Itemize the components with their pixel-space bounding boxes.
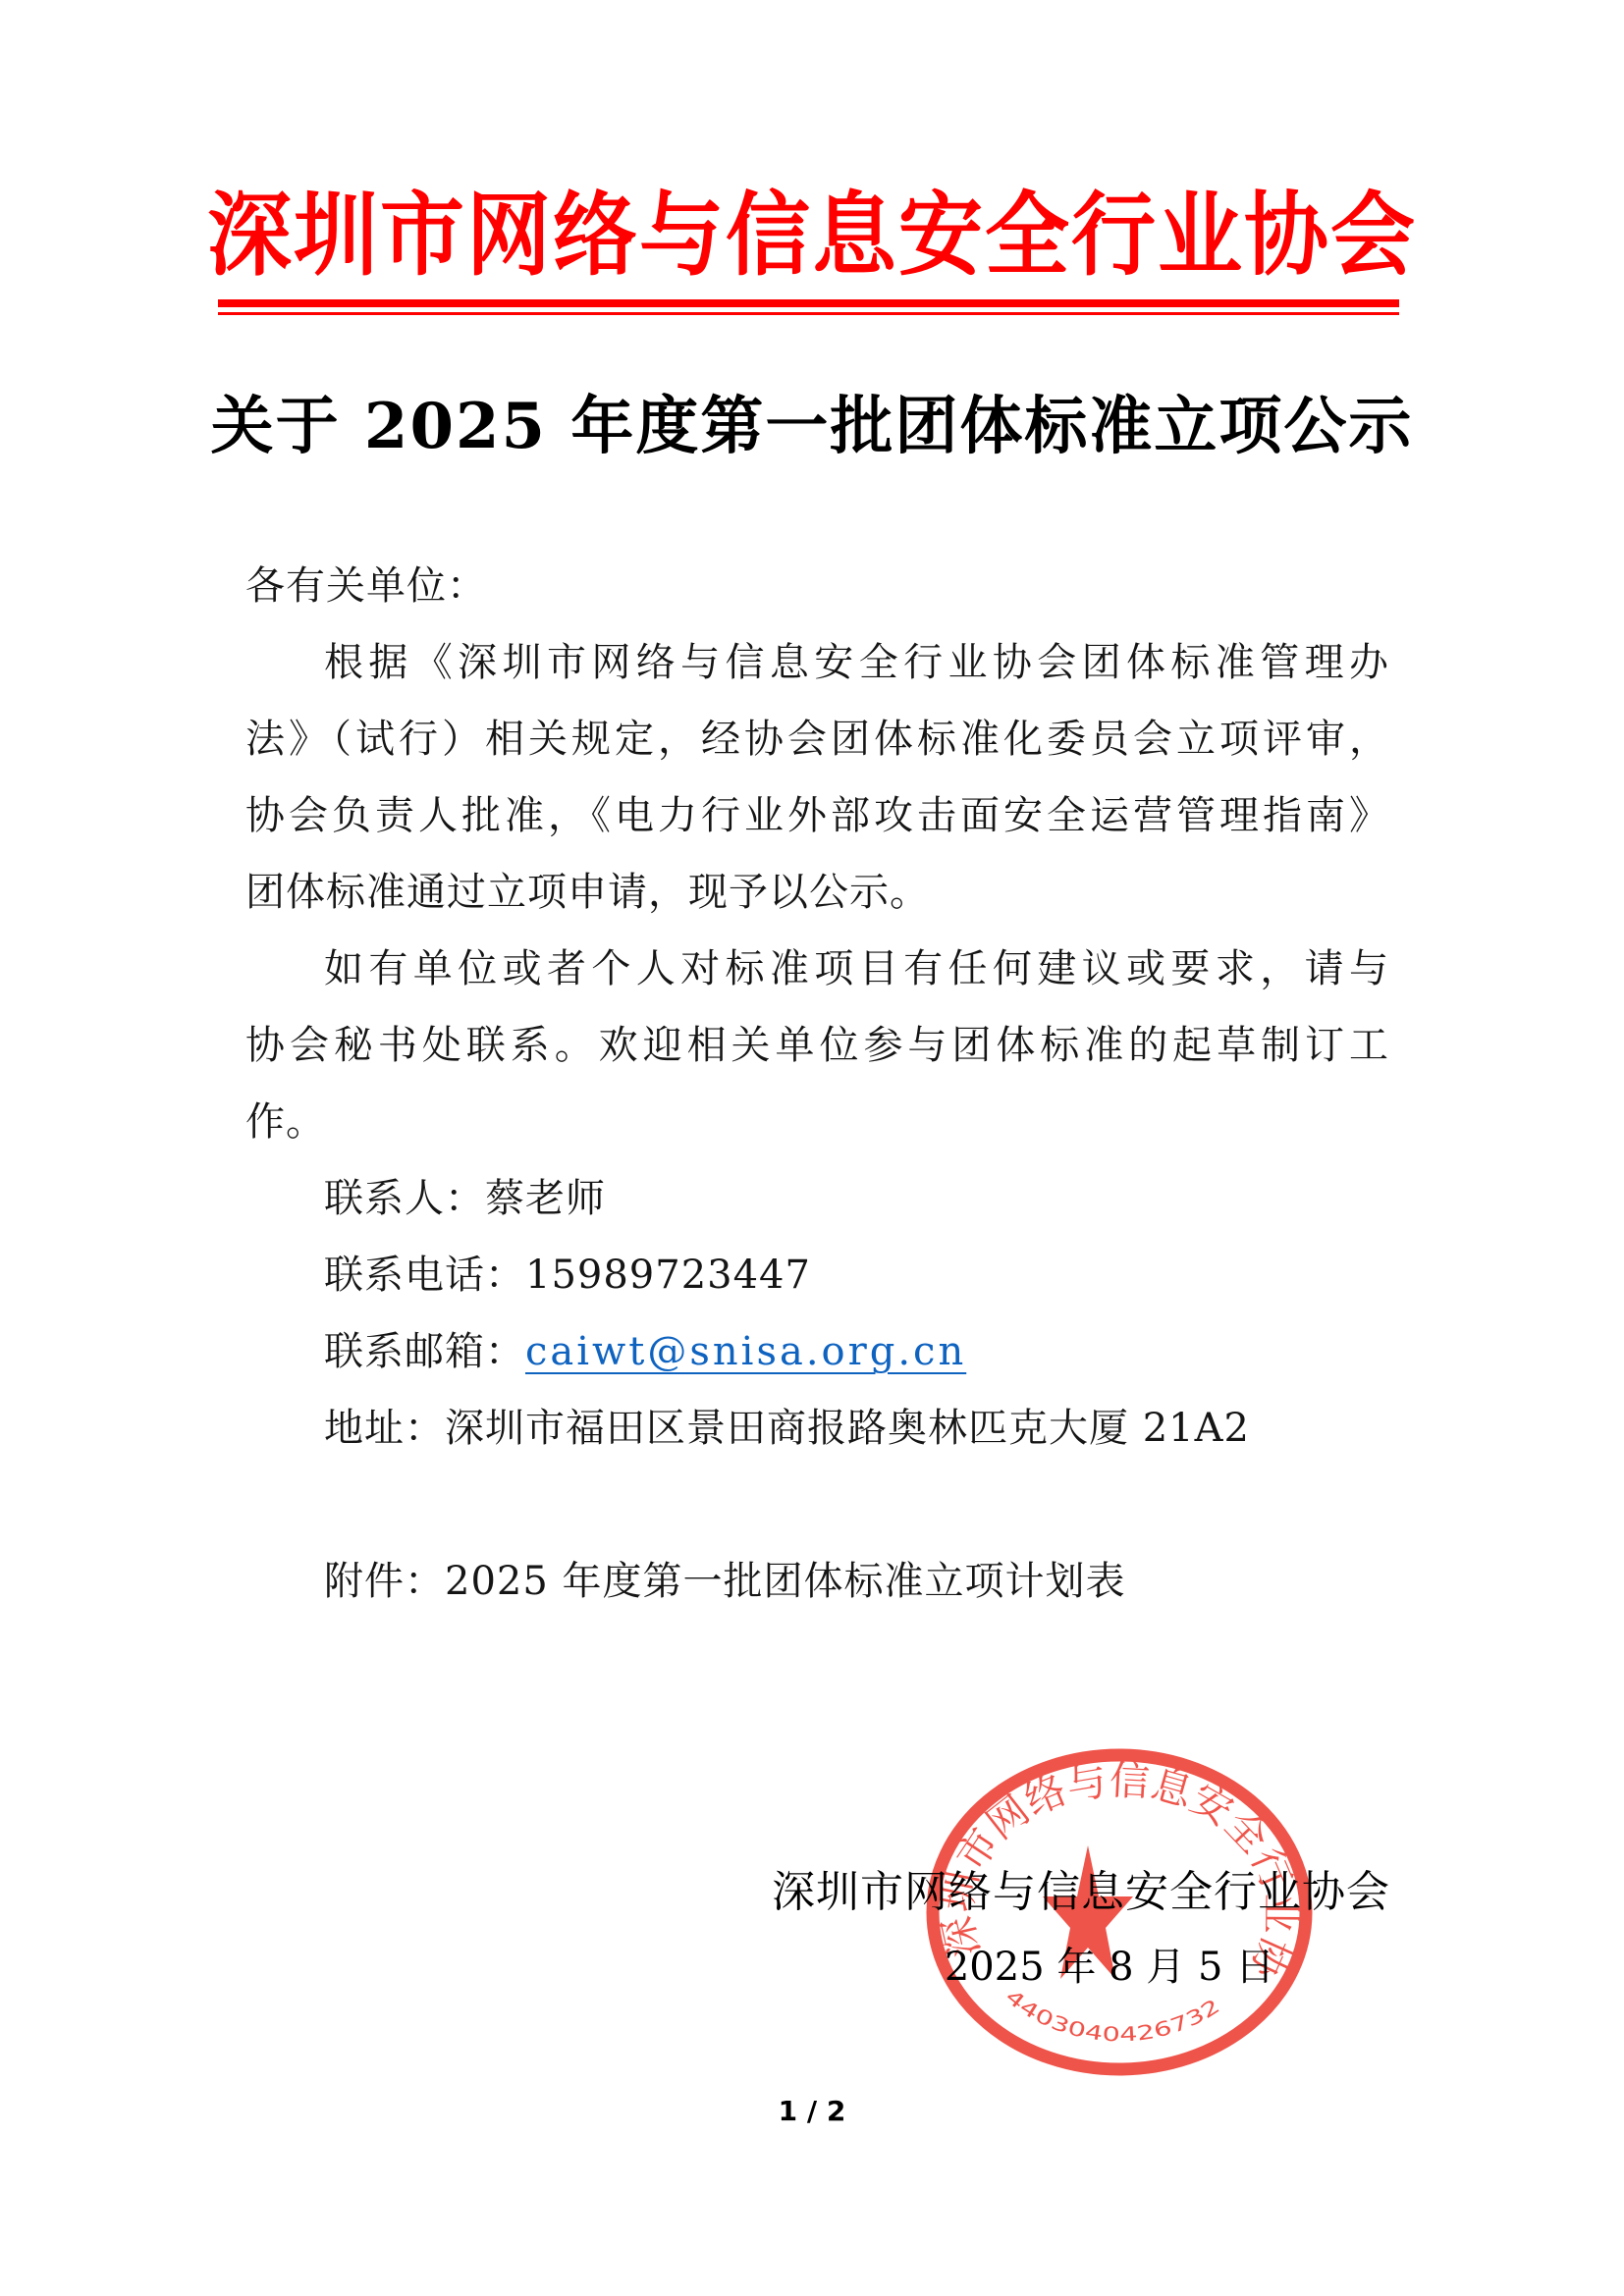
body-line: 联系人：蔡老师 [245, 1160, 1390, 1237]
document-page: 深圳市网络与信息安全行业协会 关于 2025 年度第一批团体标准立项公示 各有关… [0, 0, 1624, 2296]
email-link[interactable]: caiwt@snisa.org.cn [525, 1329, 966, 1374]
body-line: 作。 [245, 1084, 1390, 1160]
body-line: 附件：2025 年度第一批团体标准立项计划表 [245, 1543, 1390, 1620]
body-line: 协会秘书处联系。欢迎相关单位参与团体标准的起草制订工 [245, 1007, 1390, 1084]
stamp-code: 4403040426732 [1001, 1984, 1224, 2046]
official-stamp-icon: 深圳市网络与信息安全行业协会 4403040426732 [913, 1734, 1335, 2107]
body-line: 法》（试行）相关规定，经协会团体标准化委员会立项评审， [245, 701, 1390, 777]
body-line: 联系邮箱：caiwt@snisa.org.cn [245, 1313, 1390, 1390]
body-lines: 各有关单位：根据《深圳市网络与信息安全行业协会团体标准管理办法》（试行）相关规定… [245, 548, 1390, 1620]
body-line: 各有关单位： [245, 548, 1390, 624]
page-number: 1 / 2 [0, 2095, 1624, 2127]
stamp-star-icon [1043, 1845, 1133, 1979]
document-title: 关于 2025 年度第一批团体标准立项公示 [0, 393, 1624, 461]
letterhead-rule-thick [218, 299, 1399, 307]
body-line: 根据《深圳市网络与信息安全行业协会团体标准管理办 [245, 624, 1390, 701]
body-line: 协会负责人批准，《电力行业外部攻击面安全运营管理指南》 [245, 777, 1390, 854]
body-line: 团体标准通过立项申请，现予以公示。 [245, 854, 1390, 931]
body-line: 如有单位或者个人对标准项目有任何建议或要求，请与 [245, 931, 1390, 1007]
email-label: 联系邮箱： [324, 1329, 525, 1374]
body-line [245, 1467, 1390, 1543]
letterhead-org-name: 深圳市网络与信息安全行业协会 [0, 183, 1624, 289]
body-line: 地址：深圳市福田区景田商报路奥林匹克大厦 21A2 [245, 1390, 1390, 1467]
letterhead-rule-thin [218, 312, 1399, 315]
body-line: 联系电话：15989723447 [245, 1237, 1390, 1313]
